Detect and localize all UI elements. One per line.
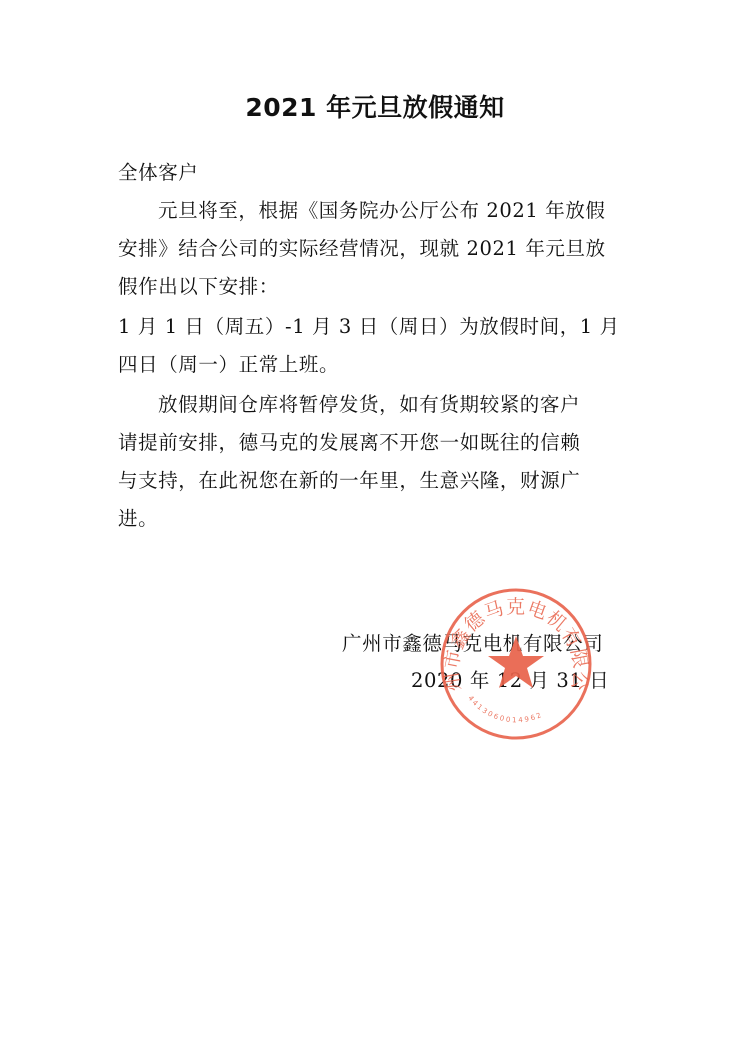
paragraph-line: 与支持，在此祝您在新的一年里，生意兴隆，财源广 [118,462,638,500]
paragraph-line: 1 月 1 日（周五）-1 月 3 日（周日）为放假时间，1 月 [118,308,638,346]
salutation: 全体客户 [118,154,638,192]
salutation-text: 全体客户 [118,154,638,192]
paragraph-closing: 放假期间仓库将暂停发货，如有货期较紧的客户 请提前安排，德马克的发展离不开您一如… [118,386,638,538]
svg-text:4413060014962: 4413060014962 [466,694,544,724]
paragraph-line: 进。 [118,500,638,538]
paragraph-line: 元旦将至，根据《国务院办公厅公布 2021 年放假 [118,192,638,230]
company-seal-stamp: 广州市鑫德马克电机有限公司 4413060014962 [438,586,594,742]
paragraph-intro: 元旦将至，根据《国务院办公厅公布 2021 年放假 安排》结合公司的实际经营情况… [118,192,638,306]
paragraph-line: 请提前安排，德马克的发展离不开您一如既往的信赖 [118,424,638,462]
document-title: 2021 年元旦放假通知 [0,88,750,124]
stamp-number: 4413060014962 [466,694,544,724]
paragraph-line: 四日（周一）正常上班。 [118,346,638,384]
document-page: 2021 年元旦放假通知 全体客户 元旦将至，根据《国务院办公厅公布 2021 … [0,0,750,1061]
paragraph-schedule: 1 月 1 日（周五）-1 月 3 日（周日）为放假时间，1 月 四日（周一）正… [118,308,638,384]
star-icon [488,636,544,688]
paragraph-line: 放假期间仓库将暂停发货，如有货期较紧的客户 [118,386,638,424]
paragraph-line: 安排》结合公司的实际经营情况，现就 2021 年元旦放 [118,230,638,268]
paragraph-line: 假作出以下安排： [118,268,638,306]
